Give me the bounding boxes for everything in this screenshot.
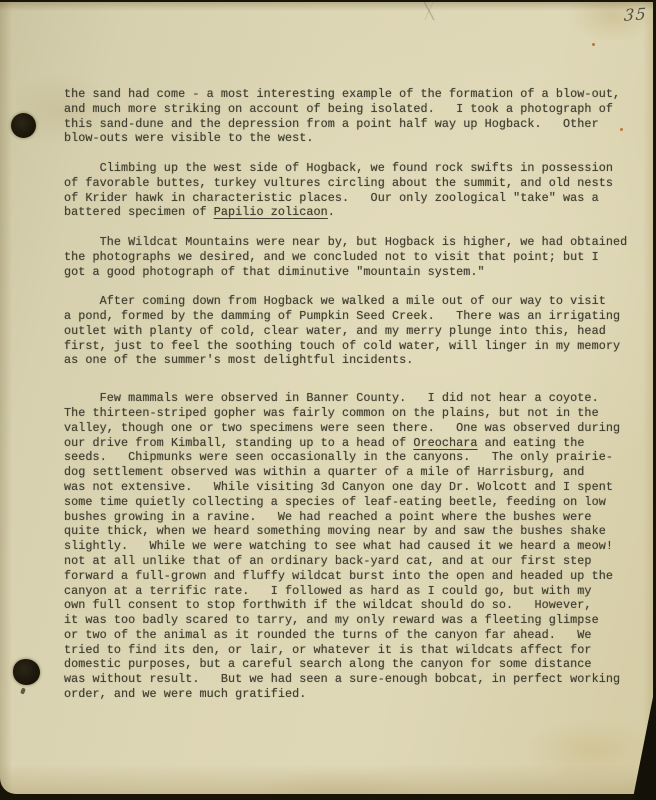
text-line: the sand had come - a most interesting e…	[64, 87, 650, 102]
text-line: battered specimen of Papilio zolicaon.	[64, 205, 650, 220]
text-line: slightly. While we were watching to see …	[64, 539, 650, 554]
text-line: quite thick, when we heard something mov…	[64, 524, 650, 539]
text-segment: bushes growing in a ravine. We had reach…	[64, 510, 592, 524]
punch-hole	[13, 659, 40, 685]
text-segment: some time quietly collecting a species o…	[64, 495, 606, 509]
page-number: 35	[623, 4, 648, 25]
text-segment: was without result. But we had seen a su…	[64, 672, 620, 686]
text-segment: domestic purposes, but a careful search …	[64, 657, 592, 671]
text-segment: own full consent to stop forthwith if th…	[64, 598, 592, 612]
paper-page: 35 the sand had come - a most interestin…	[0, 2, 653, 794]
text-line: and much more striking on account of bei…	[64, 102, 650, 117]
underlined-term: Oreochara	[413, 436, 477, 450]
text-segment: dog settlement observed was within a qua…	[64, 465, 584, 479]
text-segment: forward a full-grown and fluffy wildcat …	[64, 569, 613, 583]
text-line: or two of the animal as it rounded the t…	[64, 628, 650, 643]
text-segment: as one of the summer's most delightful i…	[64, 353, 413, 367]
text-segment: first, just to feel the soothing touch o…	[64, 339, 620, 353]
text-segment: battered specimen of	[64, 205, 214, 219]
text-line: was not extensive. While visiting 3d Can…	[64, 480, 650, 495]
text-segment: The Wildcat Mountains were near by, but …	[64, 235, 627, 249]
text-line: first, just to feel the soothing touch o…	[64, 339, 650, 354]
text-segment: outlet with planty of cold, clear water,…	[64, 324, 606, 338]
ink-spot	[592, 43, 595, 46]
paragraph: the sand had come - a most interesting e…	[64, 87, 650, 146]
pencil-mark	[420, 2, 438, 20]
text-segment: not at all unlike that of an ordinary ba…	[64, 554, 592, 568]
text-segment: Few mammals were observed in Banner Coun…	[64, 391, 599, 405]
text-segment: or two of the animal as it rounded the t…	[64, 628, 592, 642]
text-line: valley, though one or two specimens were…	[64, 421, 650, 436]
ink-spot	[620, 128, 623, 131]
text-line: Few mammals were observed in Banner Coun…	[64, 391, 650, 406]
text-line: forward a full-grown and fluffy wildcat …	[64, 569, 650, 584]
text-segment: of Krider hawk in characteristic places.…	[64, 191, 599, 205]
text-line: blow-outs were visible to the west.	[64, 131, 650, 146]
text-segment: our drive from Kimball, standing up to a…	[64, 436, 413, 450]
text-segment: got a good photograph of that diminutive…	[64, 265, 485, 279]
text-segment: After coming down from Hogback we walked…	[64, 294, 606, 308]
text-line: seeds. Chipmunks were seen occasionally …	[64, 450, 650, 465]
text-segment: the sand had come - a most interesting e…	[64, 87, 620, 101]
text-line: our drive from Kimball, standing up to a…	[64, 436, 650, 451]
text-line: canyon at a terrific rate. I followed as…	[64, 584, 650, 599]
text-line: was without result. But we had seen a su…	[64, 672, 650, 687]
text-line: some time quietly collecting a species o…	[64, 495, 650, 510]
text-segment: Climbing up the west side of Hogback, we…	[64, 161, 613, 175]
text-line: After coming down from Hogback we walked…	[64, 294, 650, 309]
text-segment: The thirteen-striped gopher was fairly c…	[64, 406, 599, 420]
text-segment: seeds. Chipmunks were seen occasionally …	[64, 450, 613, 464]
text-segment: of favorable buttes, turkey vultures cir…	[64, 176, 613, 190]
text-segment: and much more striking on account of bei…	[64, 102, 613, 116]
text-line: own full consent to stop forthwith if th…	[64, 598, 650, 613]
scanned-page-background: { "doc": { "page_number": "35", "paragra…	[0, 0, 656, 800]
text-segment: valley, though one or two specimens were…	[64, 421, 620, 435]
text-segment: slightly. While we were watching to see …	[64, 539, 613, 553]
text-line: it was too badly scared to tarry, and my…	[64, 613, 650, 628]
text-line: The thirteen-striped gopher was fairly c…	[64, 406, 650, 421]
text-segment: order, and we were much gratified.	[64, 687, 306, 701]
paragraph: After coming down from Hogback we walked…	[64, 294, 650, 368]
text-segment: the photographs we desired, and we concl…	[64, 250, 599, 264]
text-line: the photographs we desired, and we concl…	[64, 250, 650, 265]
text-line: outlet with planty of cold, clear water,…	[64, 324, 650, 339]
text-segment: it was too badly scared to tarry, and my…	[64, 613, 599, 627]
text-segment: a pond, formed by the damming of Pumpkin…	[64, 309, 620, 323]
paragraph: Few mammals were observed in Banner Coun…	[64, 391, 650, 702]
text-segment: tried to find its den, or lair, or whate…	[64, 643, 592, 657]
text-line: of Krider hawk in characteristic places.…	[64, 191, 650, 206]
text-line: a pond, formed by the damming of Pumpkin…	[64, 309, 650, 324]
text-line: as one of the summer's most delightful i…	[64, 353, 650, 368]
text-line: of favorable buttes, turkey vultures cir…	[64, 176, 650, 191]
text-segment: canyon at a terrific rate. I followed as…	[64, 584, 592, 598]
text-segment: was not extensive. While visiting 3d Can…	[64, 480, 613, 494]
text-line: order, and we were much gratified.	[64, 687, 650, 702]
text-segment: and eating the	[478, 436, 585, 450]
text-line: this sand-dune and the depression from a…	[64, 117, 650, 132]
text-segment: .	[328, 205, 335, 219]
text-segment: quite thick, when we heard something mov…	[64, 524, 606, 538]
text-block: the sand had come - a most interesting e…	[64, 87, 650, 702]
text-line: Climbing up the west side of Hogback, we…	[64, 161, 650, 176]
text-segment: this sand-dune and the depression from a…	[64, 117, 599, 131]
text-line: dog settlement observed was within a qua…	[64, 465, 650, 480]
text-line: tried to find its den, or lair, or whate…	[64, 643, 650, 658]
paragraph: Climbing up the west side of Hogback, we…	[64, 161, 650, 220]
text-line: not at all unlike that of an ordinary ba…	[64, 554, 650, 569]
text-line: got a good photograph of that diminutive…	[64, 265, 650, 280]
punch-hole	[11, 113, 36, 138]
paragraph: The Wildcat Mountains were near by, but …	[64, 235, 650, 279]
text-line: domestic purposes, but a careful search …	[64, 657, 650, 672]
text-segment: blow-outs were visible to the west.	[64, 131, 314, 145]
text-line: The Wildcat Mountains were near by, but …	[64, 235, 650, 250]
underlined-term: Papilio zolicaon	[214, 205, 328, 219]
text-line: bushes growing in a ravine. We had reach…	[64, 510, 650, 525]
